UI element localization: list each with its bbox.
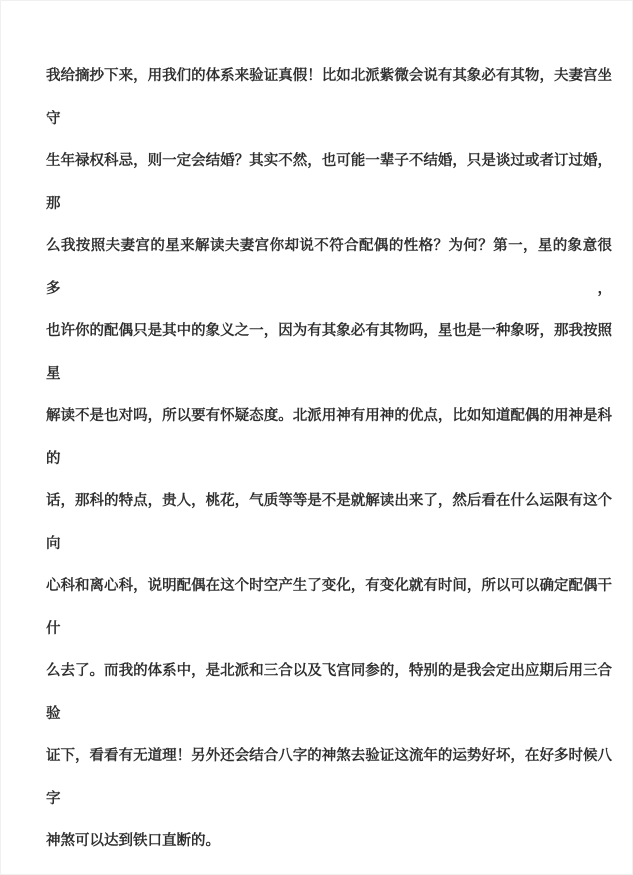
paragraph-line: 我给摘抄下来，用我们的体系来验证真假！比如北派紫微会说有其象必有其物，夫妻宫坐守 [46,55,612,140]
paragraph-line: 心科和离心科，说明配偶在这个时空产生了变化，有变化就有时间，所以可以确定配偶干什 [46,565,612,650]
paragraph-line: 话，那科的特点，贵人，桃花，气质等等是不是就解读出来了，然后看在什么运限有这个向 [46,480,612,565]
paragraph-line: 解读不是也对吗，所以要有怀疑态度。北派用神有用神的优点，比如知道配偶的用神是科的 [46,395,612,480]
paragraph: 我给摘抄下来，用我们的体系来验证真假！比如北派紫微会说有其象必有其物，夫妻宫坐守… [46,55,612,863]
paragraph-line: 证下，看看有无道理！另外还会结合八字的神煞去验证这流年的运势好坏，在好多时候八字 [46,735,612,820]
paragraph-line: 么去了。而我的体系中，是北派和三合以及飞宫同参的，特别的是我会定出应期后用三合验 [46,650,612,735]
paragraph-line: 生年禄权科忌，则一定会结婚？其实不然，也可能一辈子不结婚，只是谈过或者订过婚，那 [46,140,612,225]
document-page: 我给摘抄下来，用我们的体系来验证真假！比如北派紫微会说有其象必有其物，夫妻宫坐守… [0,0,633,875]
paragraph-line: 么我按照夫妻宫的星来解读夫妻宫你却说不符合配偶的性格？为何？第一，星的象意很多， [46,225,612,310]
paragraph-line: 也许你的配偶只是其中的象义之一，因为有其象必有其物吗，星也是一种象呀，那我按照星 [46,310,612,395]
paragraph-line-last: 神煞可以达到铁口直断的。 [46,820,612,863]
